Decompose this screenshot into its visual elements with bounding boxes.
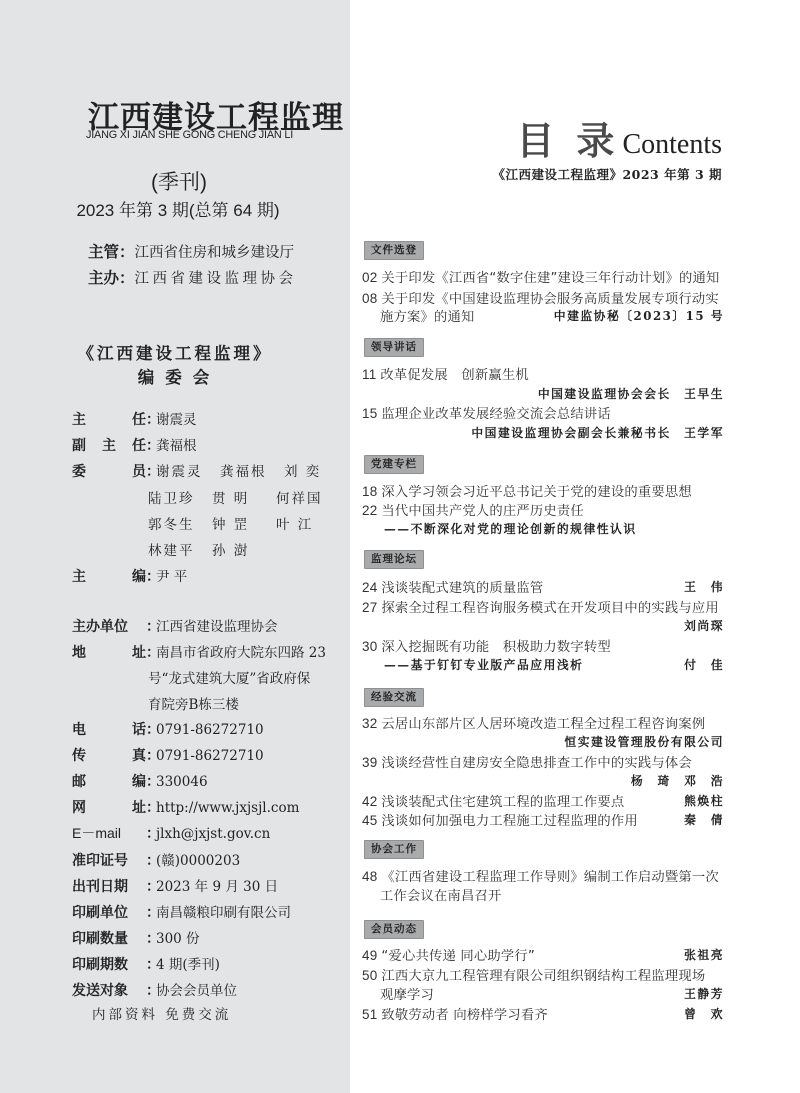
publish-date-value: 2023 年 9 月 30 日 [156, 875, 278, 895]
quarterly-label: (季刊) [0, 166, 350, 196]
section-tag-leadership: 领导讲话 [364, 338, 424, 357]
postcode-label: 邮编 [72, 771, 146, 791]
website-row: 网址 ： http://www.jxjsjl.com [72, 797, 299, 819]
toc-item[interactable]: 32云居山东部片区人居环境改造工程全过程工程咨询案例 [362, 713, 705, 732]
section-tag-members: 会员动态 [364, 920, 424, 939]
toc-item[interactable]: 15监理企业改革发展经验交流会总结讲话 [362, 403, 611, 422]
sponsor-label: 主办： [88, 269, 135, 287]
deputy-row: 副主任 ： 龚福根 [72, 434, 197, 456]
director-label: 主任 [72, 409, 146, 429]
contents-subheading: 《江西建设工程监理》2023 年第 3 期 [492, 165, 722, 183]
printer-label: 印刷单位 [72, 902, 146, 922]
editor-value: 尹 平 [156, 565, 187, 585]
contents-heading-cn: 目录 [516, 120, 636, 162]
director-row: 主任 ： 谢震灵 [72, 408, 197, 430]
postcode-value: 330046 [156, 774, 208, 790]
publish-date-label: 出刊日期 [72, 876, 146, 896]
print-issues-value: 4 期(季刊) [156, 953, 220, 973]
print-qty-value: 300 份 [156, 927, 200, 947]
deputy-value: 龚福根 [156, 434, 197, 454]
section-tag-experience: 经验交流 [364, 688, 424, 707]
toc-item[interactable]: 02关于印发《江西省“数字住建”建设三年行动计划》的通知 [362, 267, 720, 286]
toc-author: 中建监协秘〔2023〕15 号 [554, 307, 724, 324]
toc-author: 王 伟 [684, 578, 724, 595]
sponsor-line: 主办：江西省建设监理协会 [88, 266, 297, 288]
member-row-4: 林建平孙 澍 [148, 539, 276, 559]
permit-row: 准印证号 ： (赣)0000203 [72, 849, 240, 871]
organizer-label: 主办单位 [72, 616, 146, 636]
toc-item[interactable]: 51致敬劳动者 向榜样学习看齐 [362, 1004, 548, 1023]
publish-date-row: 出刊日期 ： 2023 年 9 月 30 日 [72, 875, 278, 897]
toc-author: 中国建设监理协会副会长兼秘书长 王学军 [471, 424, 724, 441]
board-subtitle: 编委会 [0, 364, 350, 388]
board-title: 《江西建设工程监理》 [0, 340, 350, 364]
toc-author: 恒实建设管理股份有限公司 [564, 733, 724, 750]
toc-item-continued[interactable]: 观摩学习 [380, 984, 434, 1003]
toc-item[interactable]: 18深入学习领会习近平总书记关于党的建设的重要思想 [362, 481, 692, 500]
member-row-2: 陆卫珍贯 明何祥国 [148, 487, 340, 507]
print-issues-label: 印刷期数 [72, 954, 146, 974]
print-qty-label: 印刷数量 [72, 928, 146, 948]
toc-subtitle: ——基于钉钉专业版产品应用浅析 [384, 656, 583, 673]
toc-item[interactable]: 22当代中国共产党人的庄严历史责任 [362, 500, 584, 519]
masthead-panel: 江西建设工程监理 JIANG XI JIAN SHE GONG CHENG JI… [0, 0, 350, 1093]
permit-label: 准印证号 [72, 850, 146, 870]
supervisor-label: 主管： [88, 243, 135, 261]
address-line-2: 号“龙式建筑大厦”省政府保 [148, 667, 310, 687]
toc-item[interactable]: 49“爱心共传递 同心助学行” [362, 945, 535, 964]
fax-row: 传真 ： 0791-86272710 [72, 745, 264, 767]
toc-author: 张祖亮 [684, 946, 724, 963]
member-row-3: 郭冬生钟 罡叶 江 [148, 513, 340, 533]
toc-item-continued[interactable]: 施方案》的通知 [380, 306, 474, 325]
internal-notice: 内部资料 免费交流 [92, 1003, 231, 1023]
editor-label: 主编 [72, 566, 146, 586]
organizer-row: 主办单位 ： 江西省建设监理协会 [72, 615, 278, 637]
email-value[interactable]: jlxh@jxjst.gov.cn [156, 826, 270, 842]
toc-author: 熊焕柱 [684, 792, 724, 809]
contents-heading-en: Contents [622, 128, 722, 162]
editor-row: 主编 ： 尹 平 [72, 565, 187, 587]
toc-item[interactable]: 11改革促发展 创新赢生机 [362, 364, 529, 383]
sponsor-value: 江西省建设监理协会 [135, 271, 297, 287]
toc-item[interactable]: 24浅谈装配式建筑的质量监管 [362, 577, 543, 596]
toc-author: 中国建设监理协会会长 王早生 [538, 385, 724, 402]
supervisor-line: 主管：江西省住房和城乡建设厅 [88, 240, 294, 262]
toc-item[interactable]: 08关于印发《中国建设监理协会服务高质量发展专项行动实 [362, 288, 719, 307]
fax-value: 0791-86272710 [156, 748, 264, 764]
toc-item[interactable]: 42浅谈装配式住宅建筑工程的监理工作要点 [362, 791, 624, 810]
toc-item[interactable]: 48《江西省建设工程监理工作导则》编制工作启动暨第一次 [362, 866, 719, 885]
toc-item[interactable]: 50江西大京九工程管理有限公司组织钢结构工程监理现场 [362, 965, 705, 984]
email-label: E－mail [72, 823, 146, 843]
members-label: 委员 [72, 461, 146, 481]
address-row: 地址 ： 南昌市省政府大院东四路 23 [72, 641, 326, 663]
issue-number: 2023 年第 3 期(总第 64 期) [0, 196, 350, 221]
section-tag-party: 党建专栏 [364, 455, 424, 474]
phone-label: 电话 [72, 719, 146, 739]
contents-heading: 目录 Contents [516, 120, 722, 162]
toc-item-continued[interactable]: 工作会议在南昌召开 [380, 885, 501, 904]
address-line-1: 南昌市省政府大院东四路 23 [156, 641, 326, 661]
toc-item[interactable]: 39浅谈经营性自建房安全隐患排查工作中的实践与体会 [362, 752, 692, 771]
address-label: 地址 [72, 642, 146, 662]
section-tag-association: 协会工作 [364, 840, 424, 859]
toc-item[interactable]: 27探索全过程工程咨询服务模式在开发项目中的实践与应用 [362, 597, 719, 616]
printer-row: 印刷单位 ： 南昌赣粮印刷有限公司 [72, 901, 291, 923]
deputy-label: 副主任 [72, 435, 146, 455]
organizer-value: 江西省建设监理协会 [156, 615, 278, 635]
printer-value: 南昌赣粮印刷有限公司 [156, 901, 291, 921]
members-row: 委员 ： 谢震灵龚福根刘 奕 [72, 460, 348, 482]
print-issues-row: 印刷期数 ： 4 期(季刊) [72, 953, 220, 975]
postcode-row: 邮编 ： 330046 [72, 771, 208, 793]
toc-author: 王静芳 [684, 985, 724, 1002]
toc-subtitle: ——不断深化对党的理论创新的规律性认识 [384, 520, 637, 537]
recipients-label: 发送对象 [72, 980, 146, 1000]
address-line-3: 育院旁B栋三楼 [148, 693, 239, 713]
toc-author: 杨 琦 邓 浩 [631, 772, 724, 789]
supervisor-value: 江西省住房和城乡建设厅 [135, 245, 295, 261]
director-value: 谢震灵 [156, 408, 197, 428]
toc-author: 曾 欢 [684, 1005, 724, 1022]
section-tag-documents: 文件选登 [364, 241, 424, 260]
website-label: 网址 [72, 797, 146, 817]
phone-value: 0791-86272710 [156, 722, 264, 738]
recipients-row: 发送对象 ： 协会会员单位 [72, 979, 237, 1001]
toc-item[interactable]: 30深入挖掘既有功能 积极助力数字转型 [362, 636, 611, 655]
toc-author: 刘尚琛 [684, 617, 724, 634]
fax-label: 传真 [72, 745, 146, 765]
phone-row: 电话 ： 0791-86272710 [72, 719, 264, 741]
recipients-value: 协会会员单位 [156, 979, 237, 999]
section-tag-forum: 监理论坛 [364, 550, 424, 569]
toc-author: 秦 倩 [684, 811, 724, 828]
email-row: E－mail ： jlxh@jxjst.gov.cn [72, 823, 270, 845]
website-value[interactable]: http://www.jxjsjl.com [156, 800, 299, 816]
member-row-1: 谢震灵龚福根刘 奕 [156, 460, 348, 480]
toc-author: 付 佳 [684, 656, 724, 673]
magazine-pinyin: JIANG XI JIAN SHE GONG CHENG JIAN LI [86, 129, 336, 141]
permit-value: (赣)0000203 [156, 849, 240, 869]
print-qty-row: 印刷数量 ： 300 份 [72, 927, 200, 949]
toc-item[interactable]: 45浅谈如何加强电力工程施工过程监理的作用 [362, 810, 638, 829]
